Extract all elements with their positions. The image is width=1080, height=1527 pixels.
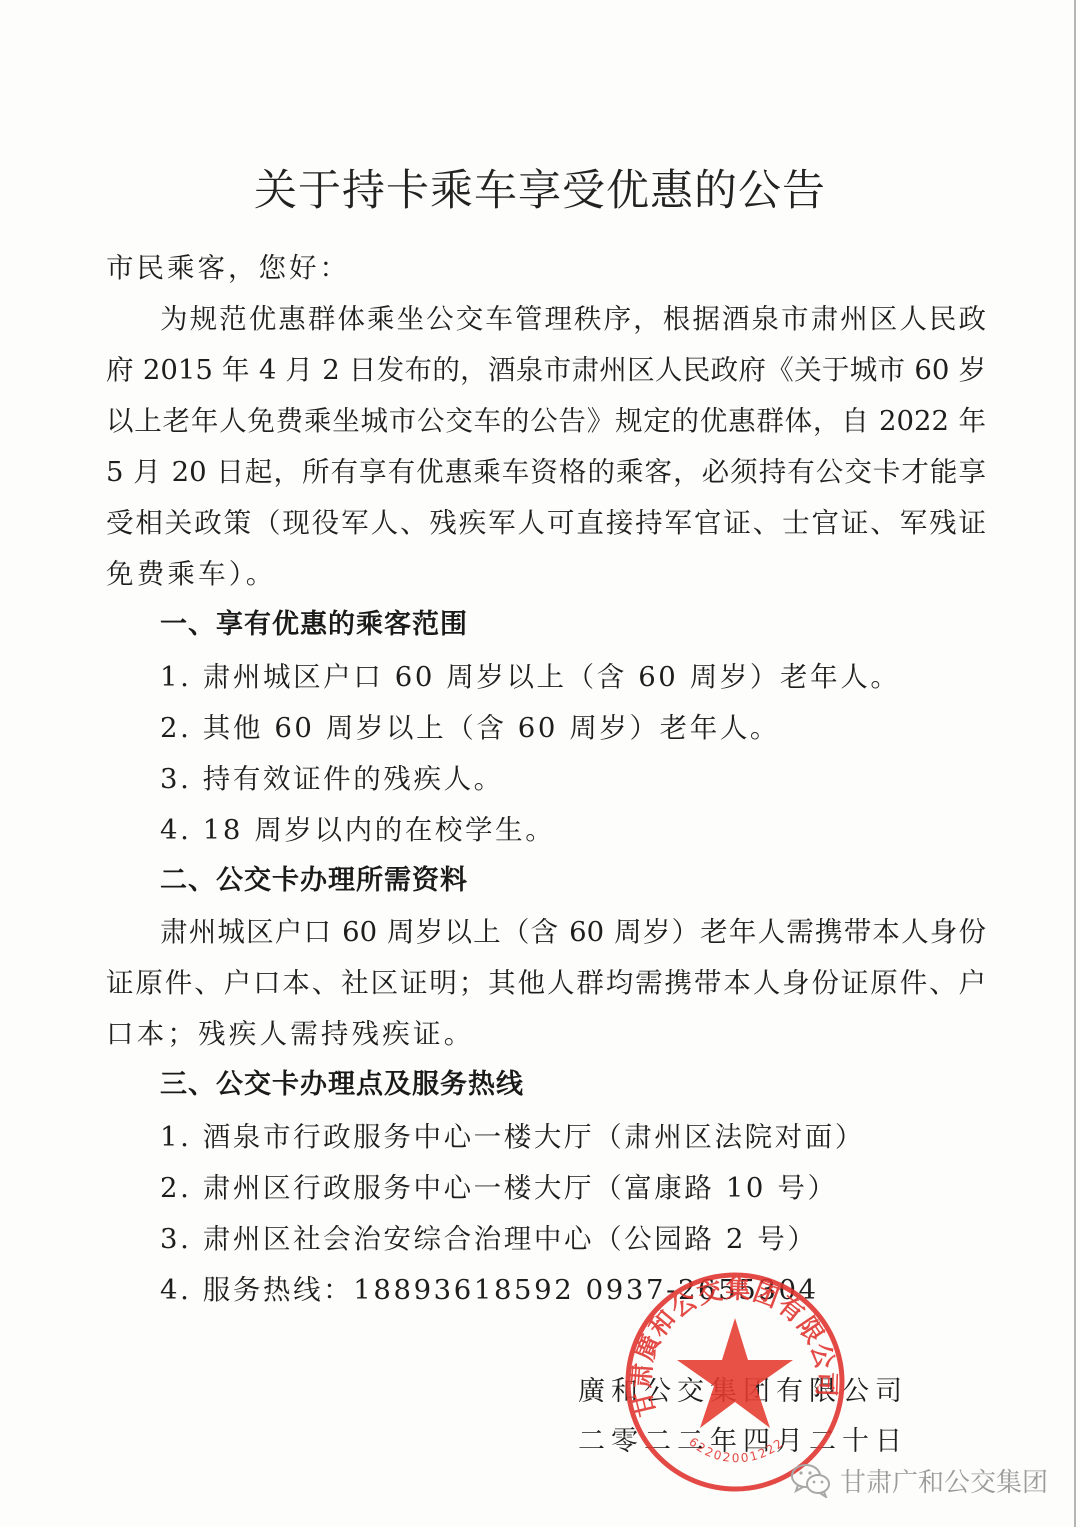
intro-line-4: 5 月 20 日起，所有享有优惠乘车资格的乘客，必须持有公交卡才能享: [106, 455, 986, 489]
section-3-item-2: 2. 肃州区行政服务中心一楼大厅（富康路 10 号）: [160, 1171, 838, 1205]
watermark-text: 甘肃广和公交集团: [840, 1462, 1048, 1499]
intro-line-6: 免费乘车）。: [106, 557, 986, 591]
intro-line-1: 为规范优惠群体乘坐公交车管理秩序，根据酒泉市肃州区人民政: [160, 302, 986, 336]
section-3-heading: 三、公交卡办理点及服务热线: [160, 1068, 524, 1102]
section-1-item-1: 1. 肃州城区户口 60 周岁以上（含 60 周岁）老年人。: [160, 660, 900, 694]
section-3-item-1: 1. 酒泉市行政服务中心一楼大厅（肃州区法院对面）: [160, 1120, 865, 1154]
document-title: 关于持卡乘车享受优惠的公告: [0, 157, 1080, 218]
wechat-watermark: 甘肃广和公交集团: [790, 1460, 1048, 1500]
section-2-line-3: 口本；残疾人需持残疾证。: [106, 1017, 986, 1051]
salutation: 市民乘客，您好：: [106, 251, 986, 285]
intro-line-2: 府 2015 年 4 月 2 日发布的，酒泉市肃州区人民政府《关于城市 60 岁: [106, 353, 986, 387]
section-1-item-2: 2. 其他 60 周岁以上（含 60 周岁）老年人。: [160, 711, 780, 745]
page-edge-line: [1074, 0, 1076, 1527]
intro-line-3: 以上老年人免费乘坐城市公交车的公告》规定的优惠群体，自 2022 年: [106, 404, 986, 438]
announcement-page: 关于持卡乘车享受优惠的公告 市民乘客，您好： 为规范优惠群体乘坐公交车管理秩序，…: [0, 0, 1080, 1527]
section-1-heading: 一、享有优惠的乘客范围: [160, 608, 468, 642]
section-3-item-3: 3. 肃州区社会治安综合治理中心（公园路 2 号）: [160, 1222, 817, 1256]
intro-line-5: 受相关政策（现役军人、残疾军人可直接持军官证、士官证、军残证: [106, 506, 986, 540]
section-1-item-4: 4. 18 周岁以内的在校学生。: [160, 813, 555, 847]
star-icon: [677, 1318, 793, 1428]
section-2-line-2: 证原件、户口本、社区证明；其他人群均需携带本人身份证原件、户: [106, 966, 986, 1000]
section-2-heading: 二、公交卡办理所需资料: [160, 864, 468, 898]
section-1-item-3: 3. 持有效证件的残疾人。: [160, 762, 504, 796]
wechat-icon: [790, 1462, 832, 1498]
section-2-line-1: 肃州城区户口 60 周岁以上（含 60 周岁）老年人需携带本人身份: [160, 915, 986, 949]
